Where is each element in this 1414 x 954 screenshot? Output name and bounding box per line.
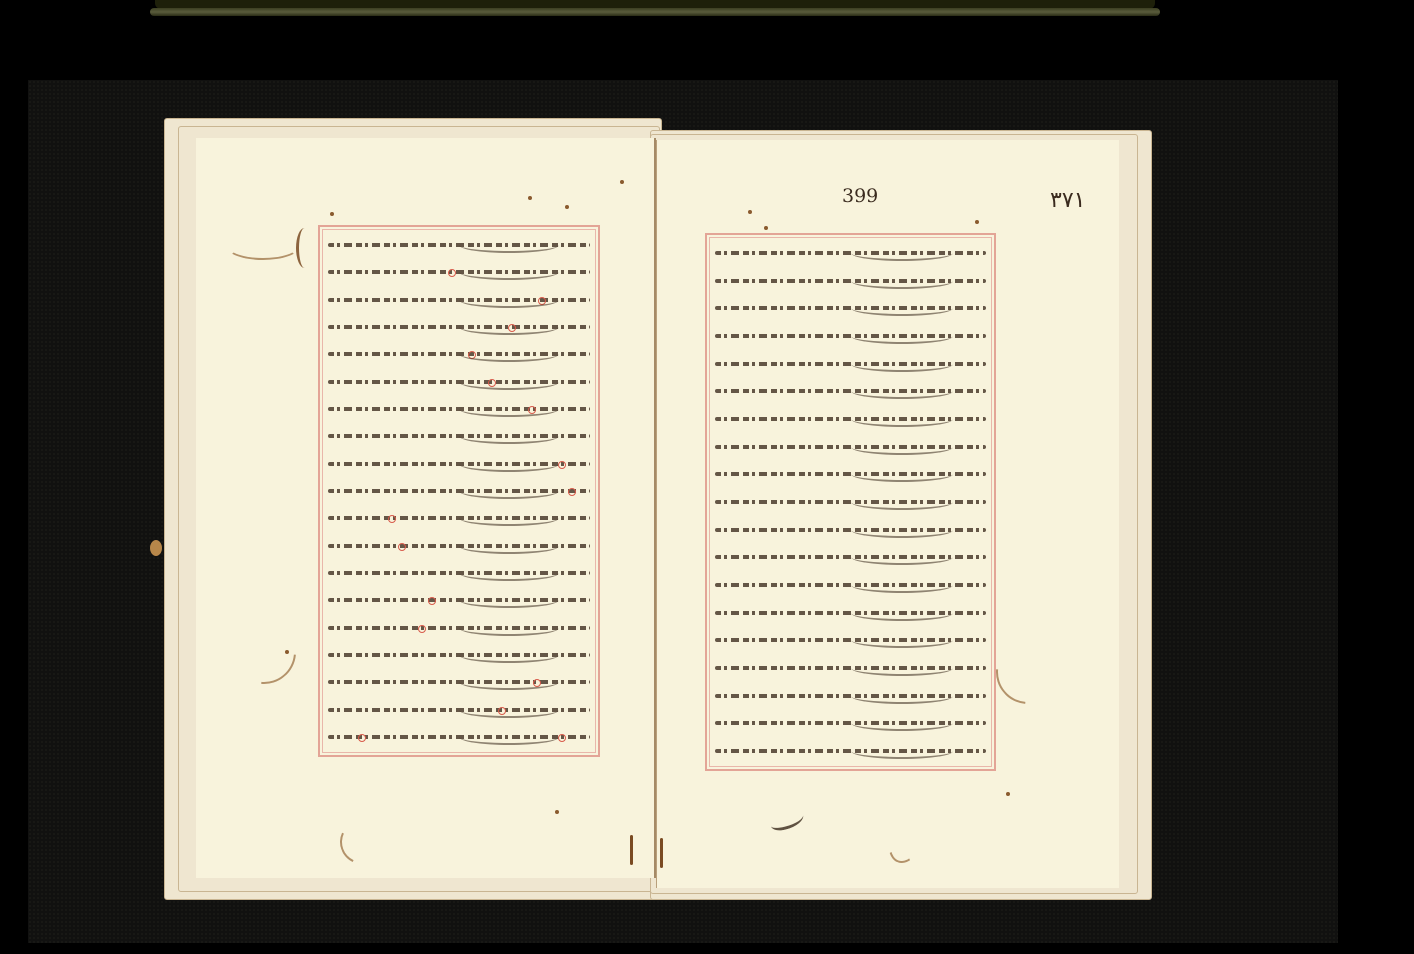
- ink-spot: [975, 220, 979, 224]
- ink-spot: [285, 650, 289, 654]
- manuscript-line: [715, 656, 986, 680]
- manuscript-line: [328, 397, 590, 421]
- right-text-lines: [715, 241, 986, 763]
- manuscript-line: [715, 545, 986, 569]
- manuscript-line: [715, 407, 986, 431]
- ink-spot: [764, 226, 768, 230]
- rubric-mark-icon: [488, 379, 496, 387]
- manuscript-line: [328, 506, 590, 530]
- manuscript-line: [715, 241, 986, 265]
- rubric-mark-icon: [358, 734, 366, 742]
- rubric-mark-icon: [448, 269, 456, 277]
- manuscript-line: [328, 370, 590, 394]
- manuscript-line: [715, 269, 986, 293]
- manuscript-line: [715, 628, 986, 652]
- ink-spot: [748, 210, 752, 214]
- manuscript-line: [328, 479, 590, 503]
- manuscript-line: [715, 324, 986, 348]
- manuscript-line: [715, 684, 986, 708]
- manuscript-line: [328, 588, 590, 612]
- manuscript-line: [715, 435, 986, 459]
- manuscript-line: [715, 352, 986, 376]
- ink-spot: [1006, 792, 1010, 796]
- manuscript-line: [715, 296, 986, 320]
- rubric-mark-icon: [528, 406, 536, 414]
- manuscript-line: [328, 561, 590, 585]
- ink-spot: [528, 196, 532, 200]
- manuscript-line: [328, 424, 590, 448]
- manuscript-line: [328, 315, 590, 339]
- manuscript-line: [328, 452, 590, 476]
- folio-number-ink: ٣٧١: [1050, 188, 1085, 213]
- top-light-bar: [150, 8, 1160, 16]
- rubric-mark-icon: [568, 488, 576, 496]
- manuscript-line: [328, 616, 590, 640]
- manuscript-line: [715, 379, 986, 403]
- left-text-block: [318, 225, 600, 757]
- ink-spot: [565, 205, 569, 209]
- right-text-block: [705, 233, 996, 771]
- rubric-mark-icon: [418, 625, 426, 633]
- worm-hole: [630, 835, 633, 865]
- rubric-mark-icon: [388, 515, 396, 523]
- rubric-mark-icon: [533, 679, 541, 687]
- manuscript-line: [328, 288, 590, 312]
- manuscript-line: [328, 643, 590, 667]
- manuscript-line: [328, 534, 590, 558]
- manuscript-line: [715, 573, 986, 597]
- left-text-lines: [328, 233, 590, 749]
- rubric-mark-icon: [558, 734, 566, 742]
- manuscript-line: [328, 342, 590, 366]
- rubric-mark-icon: [538, 297, 546, 305]
- rubric-mark-icon: [398, 543, 406, 551]
- rubric-mark-icon: [558, 461, 566, 469]
- folio-number-pencil: 399: [842, 185, 878, 207]
- ink-spot: [620, 180, 624, 184]
- stain: [226, 232, 300, 260]
- manuscript-line: [715, 601, 986, 625]
- ink-spot: [330, 212, 334, 216]
- manuscript-line: [328, 725, 590, 749]
- rubric-mark-icon: [508, 324, 516, 332]
- rubric-mark-icon: [498, 707, 506, 715]
- manuscript-line: [715, 711, 986, 735]
- ink-spot: [555, 810, 559, 814]
- manuscript-line: [328, 670, 590, 694]
- rubric-mark-icon: [428, 597, 436, 605]
- rubric-mark-icon: [468, 351, 476, 359]
- manuscript-line: [715, 739, 986, 763]
- manuscript-line: [328, 260, 590, 284]
- worm-hole: [660, 838, 663, 868]
- manuscript-line: [715, 518, 986, 542]
- stain: [150, 540, 162, 556]
- manuscript-line: [328, 698, 590, 722]
- manuscript-line: [715, 462, 986, 486]
- manuscript-line: [328, 233, 590, 257]
- manuscript-line: [715, 490, 986, 514]
